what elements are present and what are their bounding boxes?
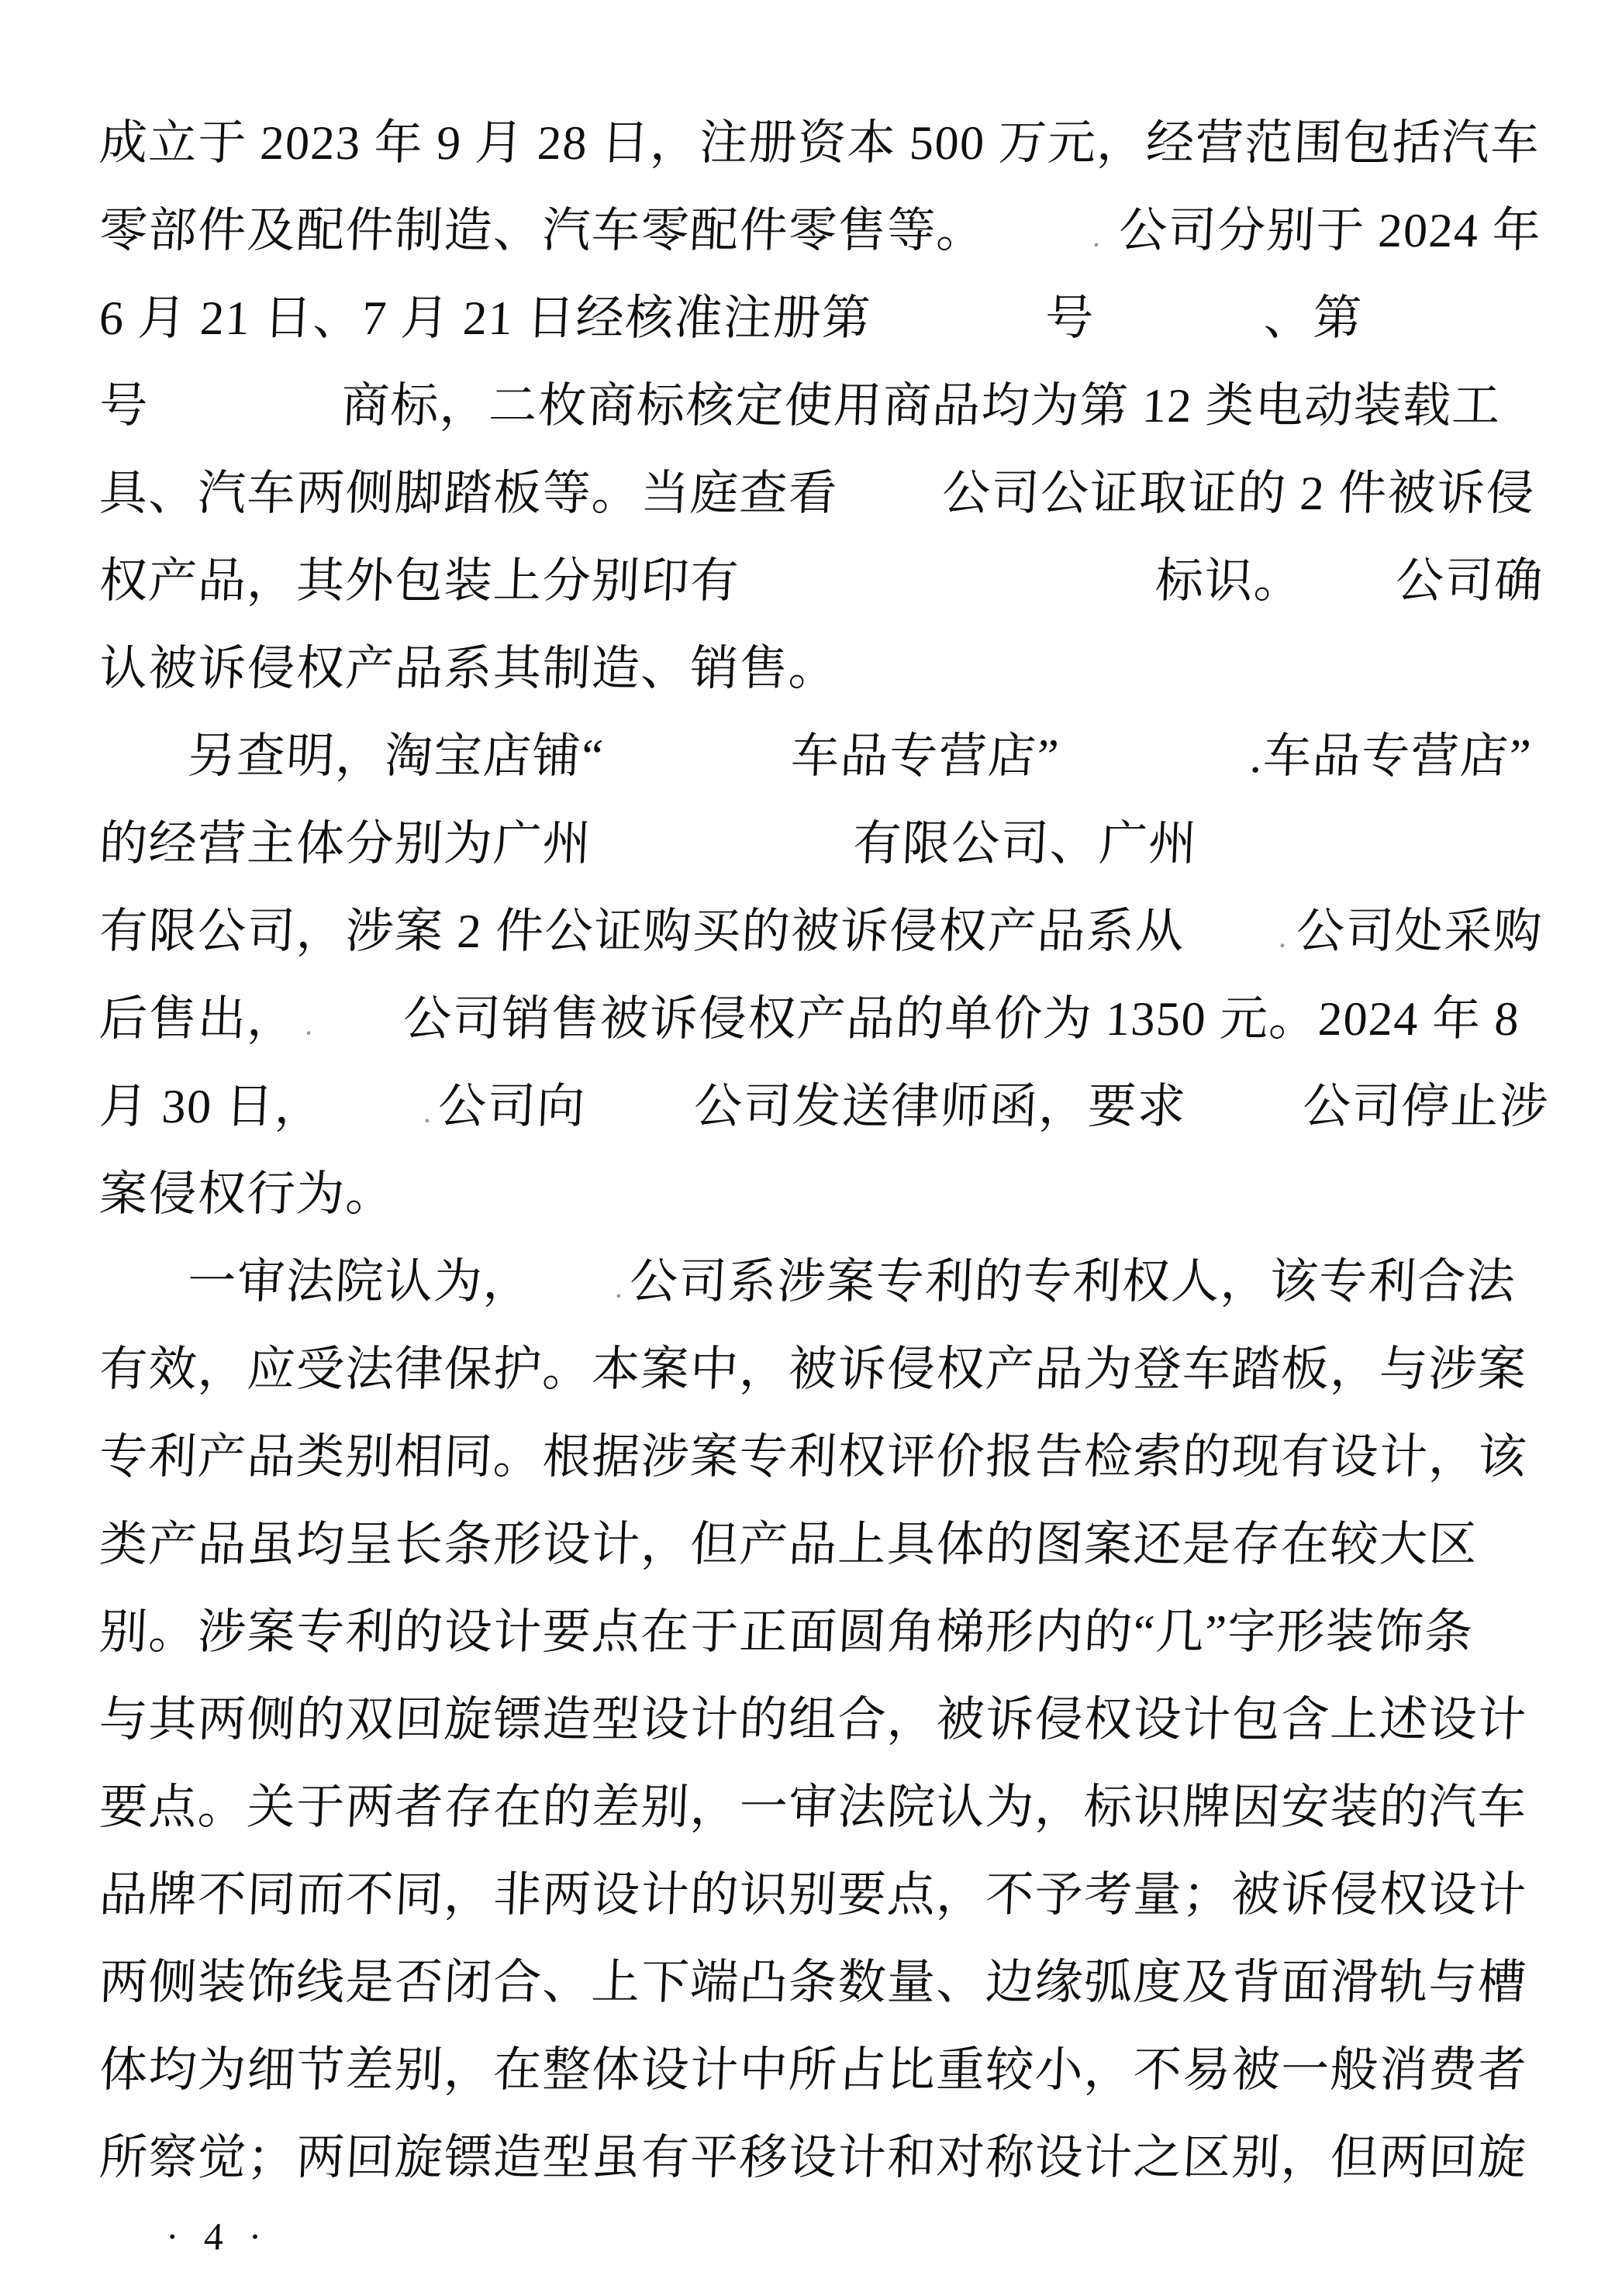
- text-line: 要点。关于两者存在的差别，一审法院认为，标识牌因安装的汽车: [0, 1765, 1622, 1853]
- text-segment: 公司销售被诉侵权产品的单价为 1350 元。2024 年 8: [402, 994, 1521, 1045]
- text-segment: 公司处采购: [1296, 906, 1544, 957]
- text-segment: 公司分别于 2024 年: [1118, 205, 1543, 257]
- text-segment: 公司停止涉: [1302, 1081, 1550, 1132]
- text-line: 零部件及配件制造、汽车零配件零售等。·公司分别于 2024 年: [0, 188, 1622, 276]
- text-line: 案侵权行为。: [0, 1152, 1622, 1239]
- text-segment: 6 月 21 日、7 月 21 日经核准注册第: [98, 293, 872, 344]
- text-segment: 一审法院认为，: [187, 1257, 533, 1308]
- text-line: 体均为细节差别，在整体设计中所占比重较小，不易被一般消费者: [0, 2028, 1622, 2115]
- text-segment: 公司确: [1395, 556, 1544, 607]
- scan-artifact-dot: ·: [1090, 219, 1104, 271]
- text-segment: 认被诉侵权产品系其制造、销售。: [98, 643, 839, 695]
- text-line: 6 月 21 日、7 月 21 日经核准注册第号、第: [0, 276, 1622, 364]
- text-line: 后售出，·公司销售被诉侵权产品的单价为 1350 元。2024 年 8: [0, 977, 1622, 1064]
- text-line: 有限公司，涉案 2 件公证购买的被诉侵权产品系从·公司处采购: [0, 889, 1622, 977]
- text-segment: 成立于 2023 年 9 月 28 日，注册资本 500 万元，经营范围包括汽车: [98, 118, 1541, 169]
- text-segment: 专利产品类别相同。根据涉案专利权评价报告检索的现有设计，该: [98, 1432, 1528, 1483]
- text-line: 品牌不同而不同，非两设计的识别要点，不予考量；被诉侵权设计: [0, 1853, 1622, 1940]
- text-line: 有效，应受法律保护。本案中，被诉侵权产品为登车踏板，与涉案: [0, 1327, 1622, 1415]
- text-line: 两侧装饰线是否闭合、上下端凸条数量、边缘弧度及背面滑轨与槽: [0, 1940, 1622, 2028]
- text-segment: 两侧装饰线是否闭合、上下端凸条数量、边缘弧度及背面滑轨与槽: [98, 1957, 1528, 2008]
- text-segment: 公司向: [437, 1081, 587, 1132]
- scanned-page: 成立于 2023 年 9 月 28 日，注册资本 500 万元，经营范围包括汽车…: [0, 0, 1622, 2296]
- text-segment: 所察觉；两回旋镖造型虽有平移设计和对称设计之区别，但两回旋: [98, 2132, 1528, 2184]
- text-segment: 公司公证取证的 2 件被诉侵: [941, 468, 1537, 519]
- page-number: · 4 ·: [165, 2214, 271, 2259]
- scan-artifact-dot: ·: [613, 1270, 626, 1322]
- scan-artifact-dot: ·: [1276, 920, 1290, 971]
- text-segment: 后售出，: [98, 994, 298, 1045]
- text-segment: 、第: [1263, 293, 1364, 344]
- text-segment: .车品专营店”: [1249, 731, 1533, 782]
- text-line: 月 30 日，·公司向公司发送律师函，要求公司停止涉: [0, 1064, 1622, 1152]
- text-segment: 号: [1044, 293, 1096, 344]
- text-line: 所察觉；两回旋镖造型虽有平移设计和对称设计之区别，但两回旋: [0, 2115, 1622, 2203]
- text-segment: 品牌不同而不同，非两设计的识别要点，不予考量；被诉侵权设计: [98, 1870, 1528, 1921]
- text-segment: 公司发送律师函，要求: [693, 1081, 1188, 1132]
- text-segment: 另查明，淘宝店铺“: [187, 731, 606, 782]
- text-line: 类产品虽均呈长条形设计，但产品上具体的图案还是存在较大区: [0, 1502, 1622, 1590]
- scan-artifact-dot: ·: [421, 1095, 435, 1146]
- text-segment: 与其两侧的双回旋镖造型设计的组合，被诉侵权设计包含上述设计: [98, 1694, 1528, 1746]
- text-line: 专利产品类别相同。根据涉案专利权评价报告检索的现有设计，该: [0, 1415, 1622, 1502]
- text-segment: 车品专营店”: [790, 731, 1061, 782]
- text-line: 别。涉案专利的设计要点在于正面圆角梯形内的“几”字形装饰条: [0, 1590, 1622, 1677]
- text-segment: 别。涉案专利的设计要点在于正面圆角梯形内的“几”字形装饰条: [98, 1607, 1475, 1658]
- text-line: 另查明，淘宝店铺“车品专营店”.车品专营店”: [0, 714, 1622, 802]
- text-segment: 零部件及配件制造、汽车零配件零售等。: [98, 205, 987, 257]
- text-line: 与其两侧的双回旋镖造型设计的组合，被诉侵权设计包含上述设计: [0, 1677, 1622, 1765]
- text-segment: 标识。: [1154, 556, 1304, 607]
- text-segment: 案侵权行为。: [98, 1169, 396, 1220]
- text-segment: 类产品虽均呈长条形设计，但产品上具体的图案还是存在较大区: [98, 1519, 1479, 1570]
- text-line: 成立于 2023 年 9 月 28 日，注册资本 500 万元，经营范围包括汽车: [0, 101, 1622, 188]
- text-segment: 有效，应受法律保护。本案中，被诉侵权产品为登车踏板，与涉案: [98, 1344, 1528, 1395]
- text-segment: 有限公司、广州: [852, 819, 1199, 870]
- text-line: 具、汽车两侧脚踏板等。当庭查看公司公证取证的 2 件被诉侵: [0, 451, 1622, 539]
- text-segment: 公司系涉案专利的专利权人，该专利合法: [629, 1257, 1517, 1308]
- text-segment: 体均为细节差别，在整体设计中所占比重较小，不易被一般消费者: [98, 2045, 1528, 2096]
- scan-artifact-dot: ·: [302, 1008, 316, 1059]
- text-line: 权产品，其外包装上分别印有标识。公司确: [0, 539, 1622, 626]
- text-segment: 商标，二枚商标核定使用商品均为第 12 类电动装载工: [340, 381, 1503, 432]
- text-line: 认被诉侵权产品系其制造、销售。: [0, 626, 1622, 714]
- text-block: 成立于 2023 年 9 月 28 日，注册资本 500 万元，经营范围包括汽车…: [0, 101, 1622, 2203]
- text-segment: 的经营主体分别为广州: [98, 819, 593, 870]
- text-line: 号商标，二枚商标核定使用商品均为第 12 类电动装载工: [0, 364, 1622, 451]
- text-segment: 要点。关于两者存在的差别，一审法院认为，标识牌因安装的汽车: [98, 1782, 1528, 1833]
- text-line: 的经营主体分别为广州有限公司、广州: [0, 802, 1622, 889]
- text-segment: 权产品，其外包装上分别印有: [98, 556, 740, 607]
- text-segment: 有限公司，涉案 2 件公证购买的被诉侵权产品系从: [98, 906, 1186, 957]
- text-segment: 具、汽车两侧脚踏板等。当庭查看: [98, 468, 839, 519]
- text-segment: 号: [98, 381, 150, 432]
- text-segment: 月 30 日，: [98, 1081, 325, 1132]
- text-line: 一审法院认为，·公司系涉案专利的专利权人，该专利合法: [0, 1239, 1622, 1327]
